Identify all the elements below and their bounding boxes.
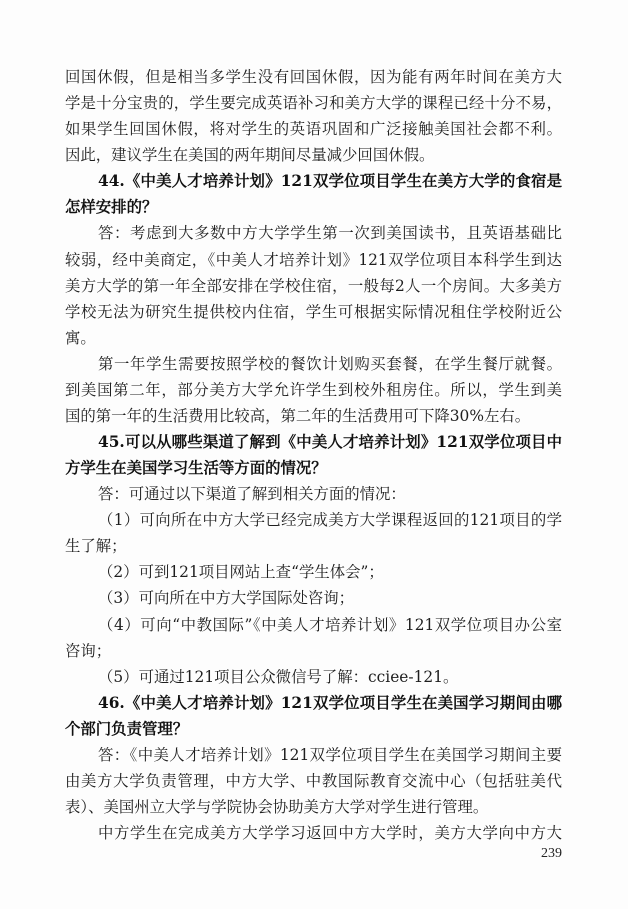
paragraph-line: 学是十分宝贵的，学生要完成英语补习和美方大学的课程已经十分不易， [65,90,562,116]
question-heading-line: 44.《中美人才培养计划》121双学位项目学生在美方大学的食宿是 [98,168,562,194]
paragraph-line: 咨询； [65,638,562,664]
paragraph-line: 寓。 [65,325,562,351]
question-heading-line: 46.《中美人才培养计划》121双学位项目学生在美国学习期间由哪 [98,690,562,716]
paragraph-line: 因此，建议学生在美国的两年期间尽量减少回国休假。 [65,142,562,168]
paragraph-line: （3）可向所在中方大学国际处咨询； [98,585,562,611]
question-heading-line: 怎样安排的？ [65,194,562,220]
paragraph-line: （1）可向所在中方大学已经完成美方大学课程返回的121项目的学 [98,507,562,533]
paragraph-line: 表）、美国州立大学与学院协会协助美方大学对学生进行管理。 [65,794,562,820]
paragraph-line: 如果学生回国休假，将对学生的英语巩固和广泛接触美国社会都不利。 [65,116,562,142]
paragraph-line: 较弱，经中美商定，《中美人才培养计划》121双学位项目本科学生到达 [65,247,562,273]
paragraph-line: （4）可向“中教国际”《中美人才培养计划》121双学位项目办公室 [98,612,562,638]
paragraph-line: 第一年学生需要按照学校的餐饮计划购买套餐，在学生餐厅就餐。 [98,351,562,377]
paragraph-line: 回国休假，但是相当多学生没有回国休假，因为能有两年时间在美方大 [65,64,562,90]
paragraph-line: 答：《中美人才培养计划》121双学位项目学生在美国学习期间主要 [98,742,562,768]
paragraph-line: 国的第一年的生活费用比较高，第二年的生活费用可下降30%左右。 [65,403,562,429]
paragraph-line: （2）可到121项目网站上查“学生体会”； [98,559,562,585]
paragraph-line: 学校无法为研究生提供校内住宿，学生可根据实际情况租住学校附近公 [65,299,562,325]
paragraph-line: 美方大学的第一年全部安排在学校住宿，一般每2人一个房间。大多美方 [65,273,562,299]
question-heading-line: 个部门负责管理？ [65,716,562,742]
paragraph-line: （5）可通过121项目公众微信号了解：cciee-121。 [98,664,562,690]
paragraph-line: 答：考虑到大多数中方大学学生第一次到美国读书，且英语基础比 [98,220,562,246]
paragraph-line: 生了解； [65,533,562,559]
paragraph-line: 由美方大学负责管理，中方大学、中教国际教育交流中心（包括驻美代 [65,768,562,794]
paragraph-line: 答：可通过以下渠道了解到相关方面的情况： [98,481,562,507]
question-heading-line: 方学生在美国学习生活等方面的情况？ [65,455,562,481]
document-page: 回国休假，但是相当多学生没有回国休假，因为能有两年时间在美方大学是十分宝贵的，学… [0,0,628,909]
paragraph-line: 到美国第二年，部分美方大学允许学生到校外租房住。所以，学生到美 [65,377,562,403]
question-heading-line: 45.可以从哪些渠道了解到《中美人才培养计划》121双学位项目中 [98,429,562,455]
paragraph-line: 中方学生在完成美方大学学习返回中方大学时，美方大学向中方大 [98,820,562,846]
page-number: 239 [536,846,562,862]
